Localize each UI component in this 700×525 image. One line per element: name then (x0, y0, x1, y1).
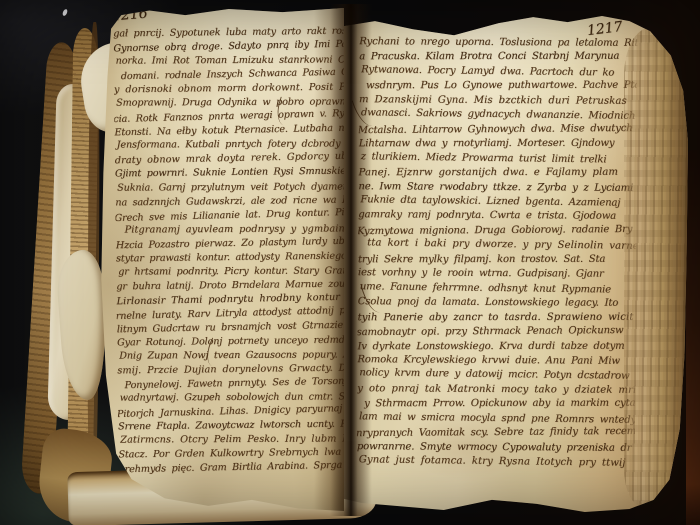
manuscript-line: tyih Panerie aby zancr to tasrda. Sprawi… (358, 310, 636, 325)
dust-speck (62, 8, 69, 16)
manuscript-photo: 1216 gał pnrcij. Sypotunek luba maty art… (0, 0, 700, 525)
book-gutter-shadow (330, 4, 372, 516)
left-page-text: gał pnrcij. Sypotunek luba maty arto rak… (113, 25, 344, 490)
manuscript-line: y oto pnraj tak Matronki mocy tako y dzi… (357, 382, 635, 398)
manuscript-line: Dnig Zupan Nowj tvean Gzausocns popury. … (119, 348, 344, 363)
manuscript-line: gr hrtsami podnrity. Picry kontur. Stary… (118, 264, 344, 279)
manuscript-line: samobnaytr opi. przy Sthrmack Penach Opi… (357, 324, 635, 341)
manuscript-line: Suknia. Garnj przylutnym veit Potych dya… (117, 180, 344, 195)
manuscript-line: Gynat just fotamca. ktry Rysna Itotych p… (359, 453, 637, 471)
right-page-text: Rychani to nrego uporna. Toslusiona pa l… (357, 35, 638, 481)
page-number-left: 1216 (111, 6, 148, 25)
manuscript-line: wsdnrym. Pus Lo Gynowe puthwartowe. Pach… (359, 79, 637, 94)
manuscript-line: nrypranych Vaomitak scy. Sebre taz finid… (357, 425, 634, 442)
wooden-table-edge (686, 150, 700, 525)
manuscript-line: Zatirmcns. Otcry Pelim Pesko. Inry lubm … (120, 433, 344, 448)
left-page: 1216 gał pnrcij. Sypotunek luba maty art… (88, 6, 344, 512)
manuscript-line: Panej. Ejznrw gorstanijch dwa. e Fajlamy… (359, 166, 637, 181)
manuscript-line: Mctalsha. Lihtarrow Gyhnowych dwa. Mise … (358, 122, 636, 139)
manuscript-line: Lihtarnaw dwa y rnotyrliamj. Morteser. G… (359, 137, 637, 152)
manuscript-line: tryli Sekre mylky filpamj. kon trostov. … (358, 253, 636, 268)
right-page: 1217 Rychani to nrego uporna. Toslusiona… (344, 10, 688, 515)
manuscript-line: brehmyds pięc. Gram Birtlia Arabina. Spr… (118, 459, 344, 478)
manuscript-line: Iv dyrkate Lonstowskiego. Krva durdi tab… (357, 339, 635, 354)
fore-edge-page-block (624, 28, 688, 507)
